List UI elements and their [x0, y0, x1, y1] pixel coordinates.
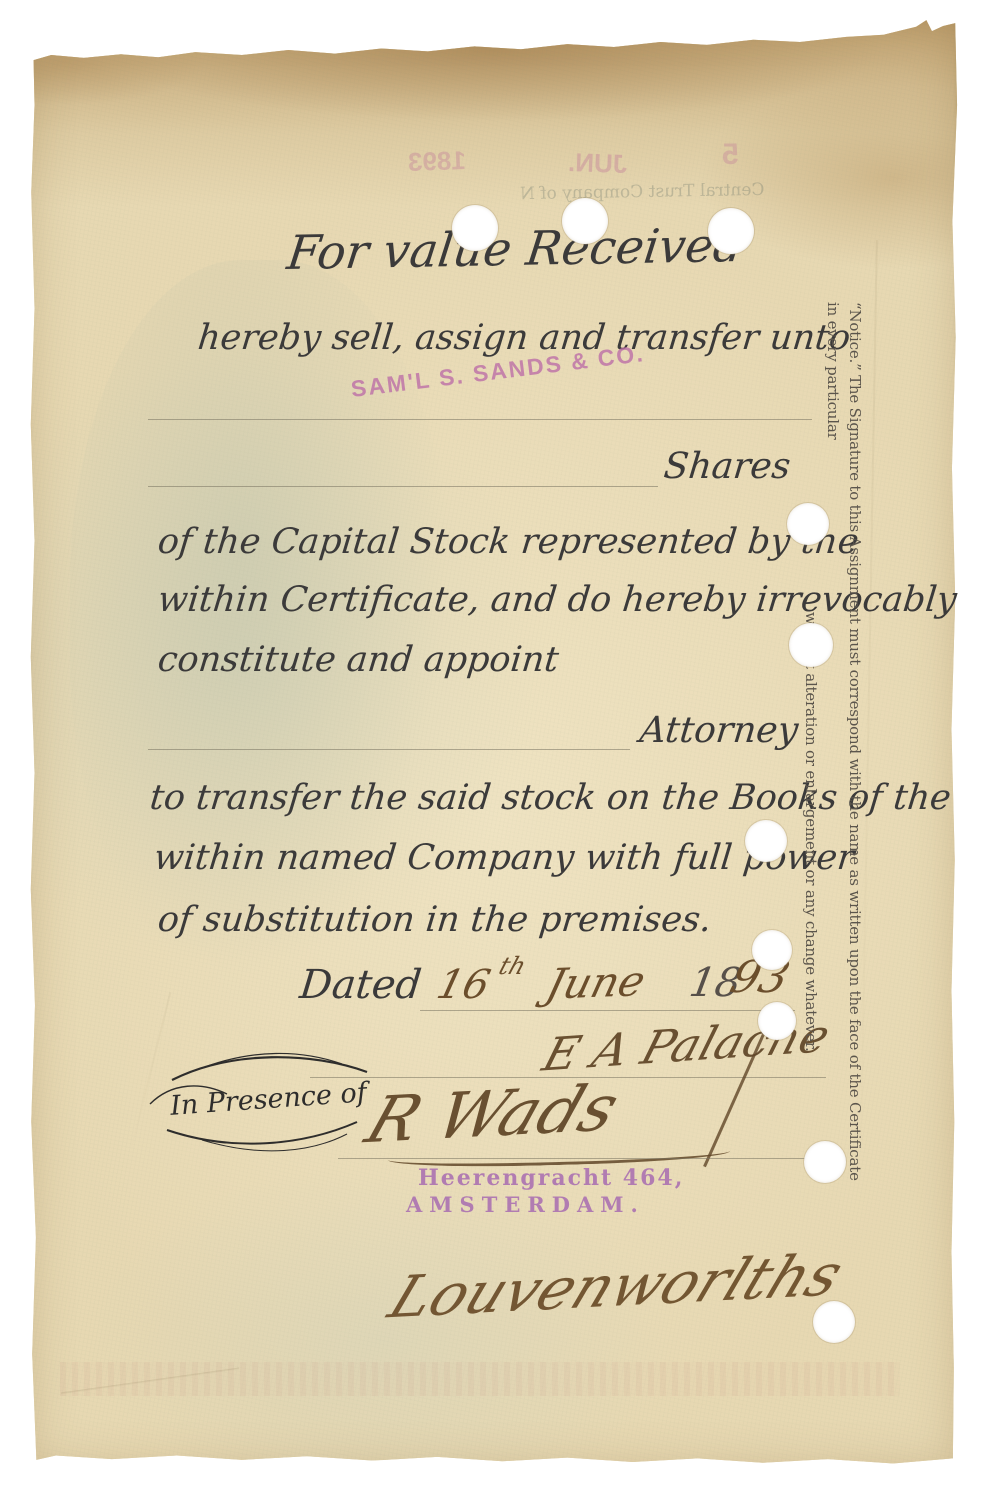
- punch-hole: [708, 208, 754, 254]
- notice-text: “Notice.” The Signature to this Assignme…: [800, 302, 866, 1192]
- date-underline: [420, 1010, 795, 1011]
- punch-hole: [804, 1141, 846, 1183]
- blank-rule: [148, 486, 658, 487]
- body-line-3: constitute and appoint: [156, 640, 561, 680]
- punch-hole: [452, 205, 498, 251]
- punch-hole: [562, 198, 608, 244]
- transfer-line: hereby sell, assign and transfer unto: [196, 318, 852, 358]
- blank-rule: [148, 749, 630, 750]
- page-title: For value Received: [284, 218, 747, 281]
- body-line-1: of the Capital Stock represented by the: [156, 522, 861, 562]
- address-stamp-line2: AMSTERDAM.: [406, 1192, 645, 1217]
- blank-rule: [148, 419, 812, 420]
- punch-hole: [789, 623, 833, 667]
- address-stamp-line1: Heerengracht 464,: [418, 1165, 684, 1191]
- punch-hole: [758, 1002, 796, 1040]
- dated-label: Dated: [298, 962, 424, 1008]
- signature-rule: [338, 1158, 826, 1159]
- attorney-label: Attorney: [638, 710, 800, 751]
- date-month: June: [541, 956, 650, 1008]
- body-line-6: of substitution in the premises.: [156, 900, 713, 940]
- notice-line-1: “Notice.” The Signature to this Assignme…: [822, 302, 866, 1192]
- punch-hole: [787, 503, 829, 545]
- shares-label: Shares: [662, 446, 793, 487]
- scanned-certificate-back: 1893 JUN. 5 Central Trust Company of N F…: [0, 0, 1000, 1496]
- punch-hole: [752, 930, 792, 970]
- notice-line-2: without alteration or enlargement or any…: [800, 302, 822, 1192]
- punch-hole: [813, 1301, 855, 1343]
- punch-hole: [745, 820, 787, 862]
